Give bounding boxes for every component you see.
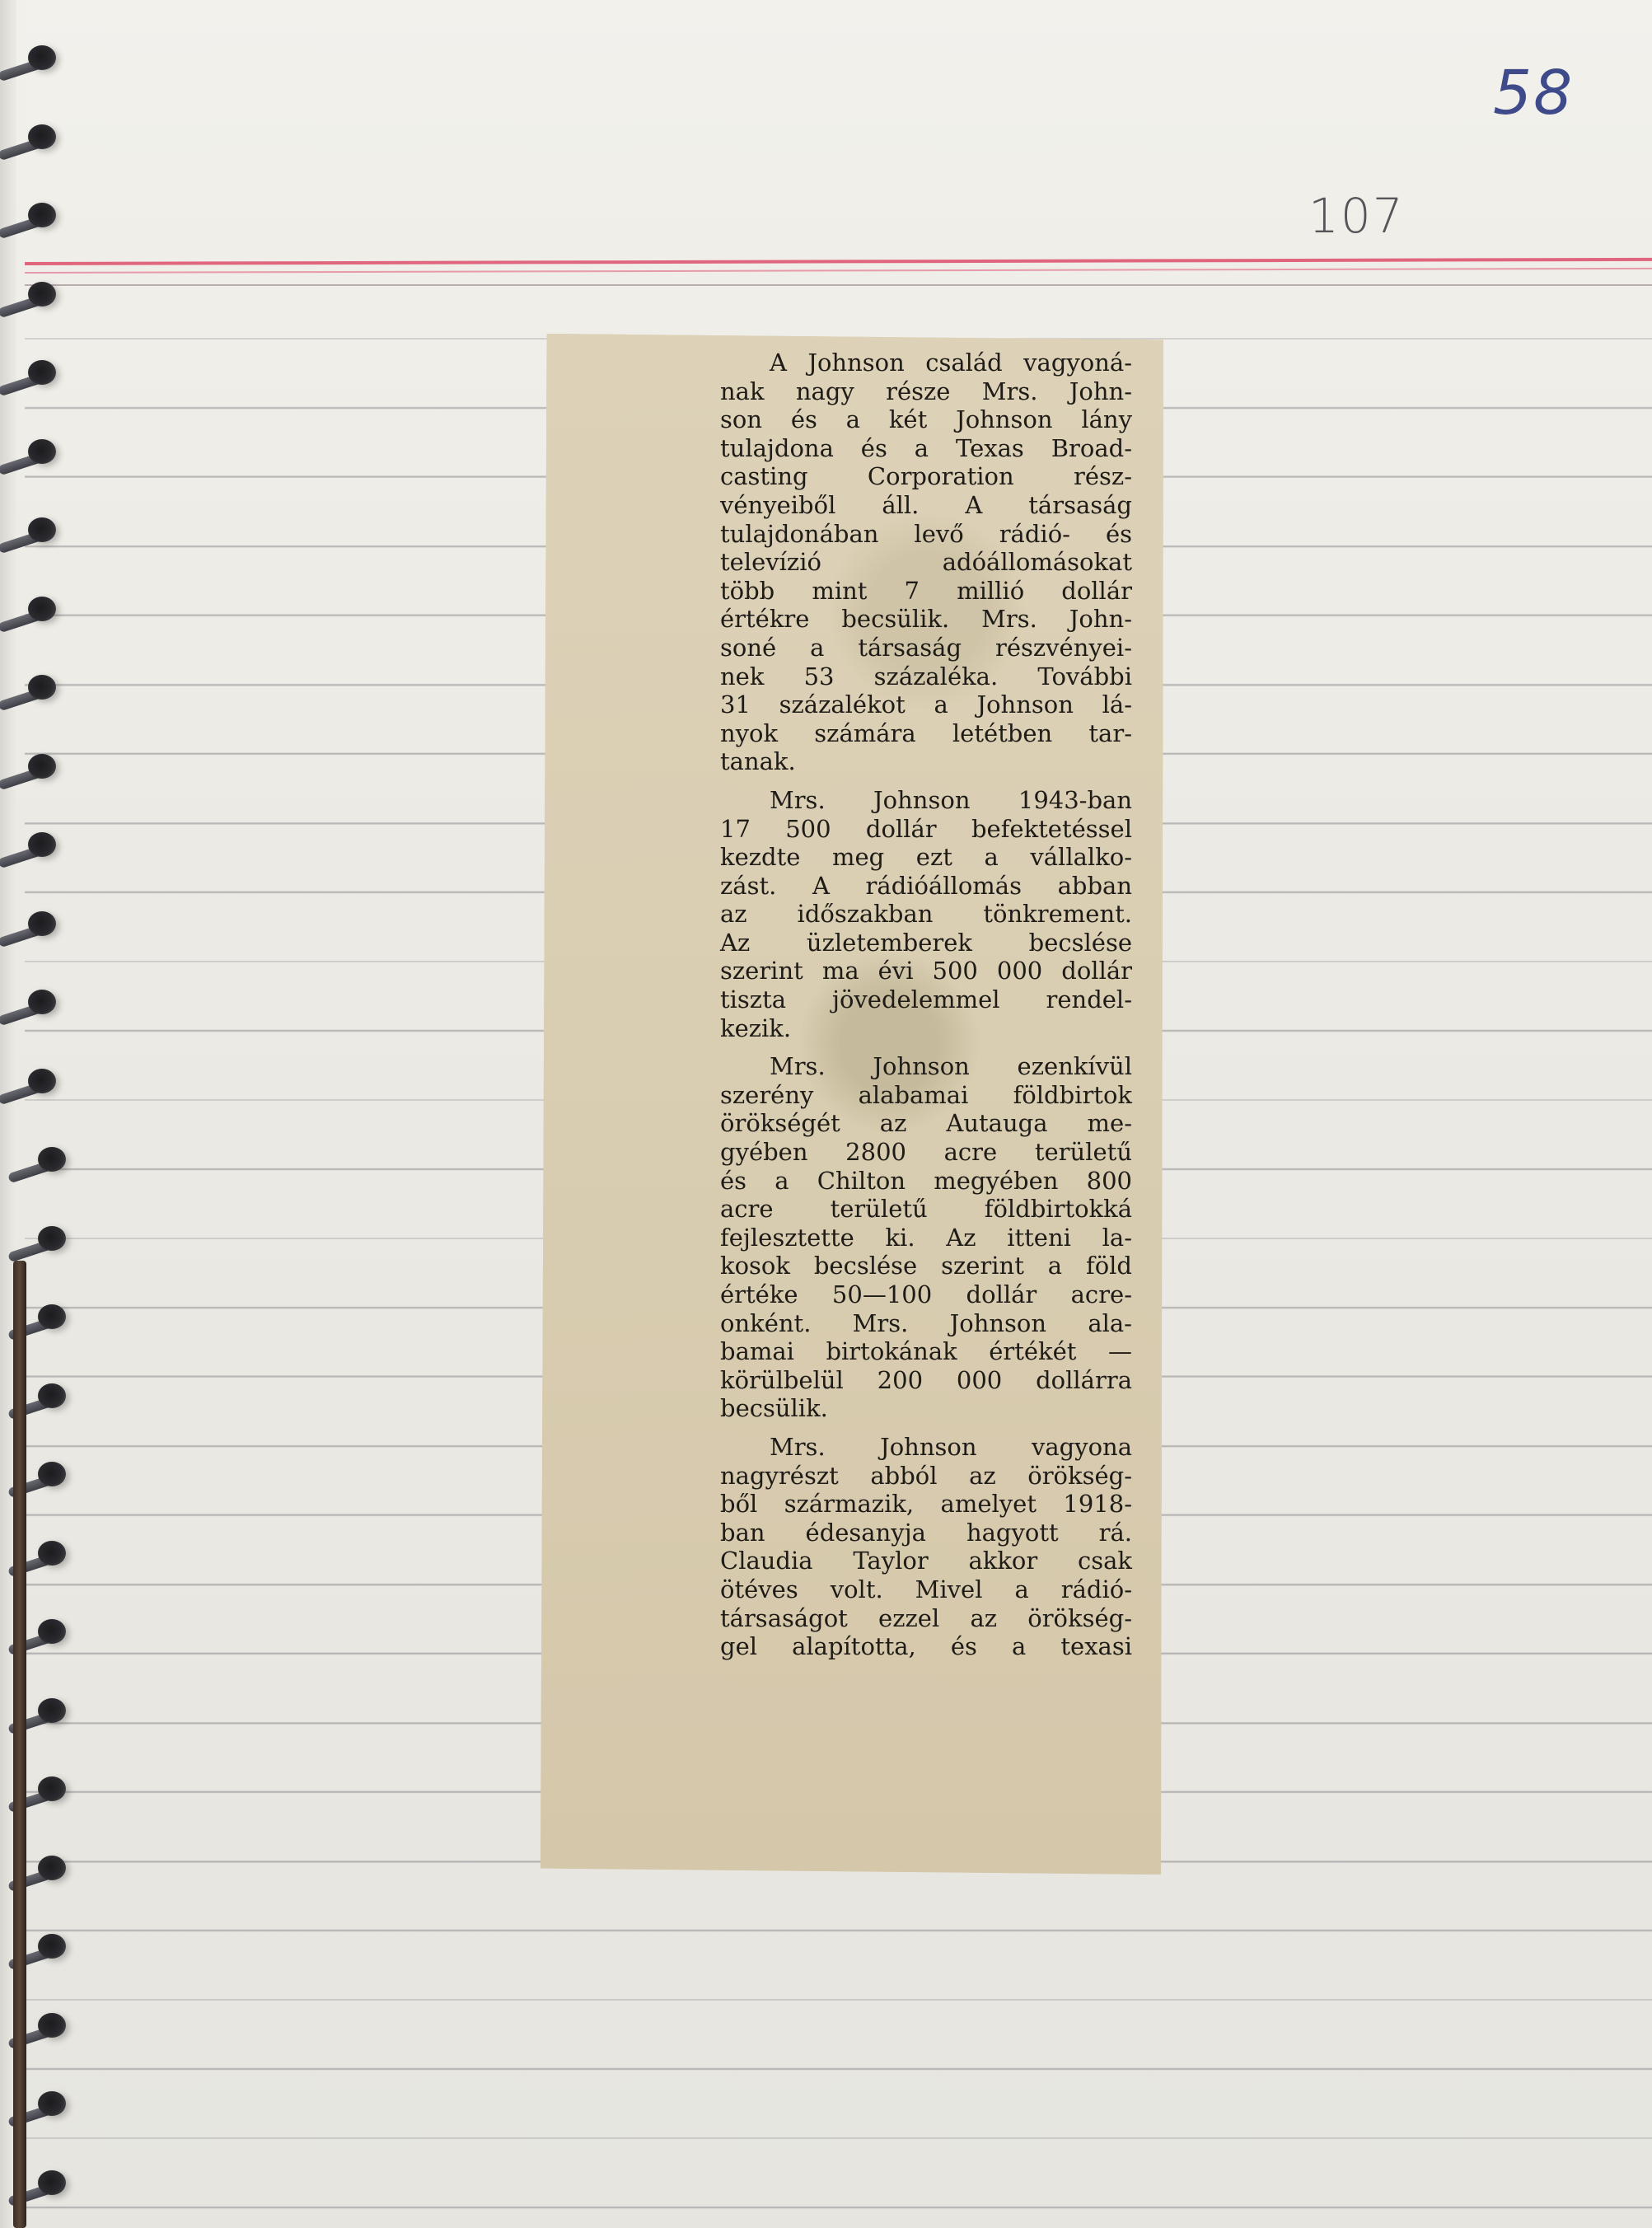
spiral-ring — [0, 517, 54, 545]
article-text: A Johnson család vagyoná-nak nagy része … — [720, 349, 1132, 1671]
spiral-ring — [0, 203, 54, 231]
article-line: kezdte meg ezt a vállalko- — [720, 843, 1132, 872]
punch-hole — [38, 1856, 66, 1880]
article-line: az időszakban tönkrement. — [720, 900, 1132, 929]
notebook-page: 58 107 A Johnson család vagyoná-nak nagy… — [0, 0, 1652, 2228]
article-line: nagyrészt abból az örökség- — [720, 1462, 1132, 1491]
page-header-zone — [25, 0, 1652, 272]
binding-rod — [13, 1261, 26, 2228]
article-line: nek 53 százaléka. További — [720, 662, 1132, 691]
spiral-ring — [0, 675, 54, 703]
article-line: tulajdonában levő rádió- és — [720, 520, 1132, 549]
article-line: Mrs. Johnson 1943-ban — [720, 786, 1132, 815]
article-line: fejlesztette ki. Az itteni la- — [720, 1224, 1132, 1252]
article-line: kosok becslése szerint a föld — [720, 1252, 1132, 1280]
article-line: soné a társaság részvényei- — [720, 634, 1132, 662]
article-line: zást. A rádióállomás abban — [720, 872, 1132, 901]
article-line: Claudia Taylor akkor csak — [720, 1547, 1132, 1575]
punch-hole — [28, 754, 56, 779]
corner-number-handwritten: 58 — [1493, 58, 1574, 129]
article-line: örökségét az Autauga me- — [720, 1109, 1132, 1138]
article-line: társaságot ezzel az örökség- — [720, 1604, 1132, 1633]
punch-hole — [28, 990, 56, 1014]
punch-hole — [38, 1698, 66, 1723]
article-line: nyok számára letétben tar- — [720, 719, 1132, 748]
punch-hole — [38, 1541, 66, 1566]
spiral-ring — [0, 597, 54, 625]
punch-hole — [28, 203, 56, 227]
article-paragraph: Mrs. Johnson vagyonanagyrészt abból az ö… — [720, 1433, 1132, 1661]
punch-hole — [28, 124, 56, 149]
punch-hole — [38, 1776, 66, 1801]
article-line: ből származik, amelyet 1918- — [720, 1490, 1132, 1519]
article-paragraph: Mrs. Johnson ezenkívülszerény alabamai f… — [720, 1052, 1132, 1423]
punch-hole — [38, 1934, 66, 1959]
punch-hole — [38, 1147, 66, 1172]
article-paragraph: Mrs. Johnson 1943-ban17 500 dollár befek… — [720, 786, 1132, 1042]
punch-hole — [38, 1304, 66, 1329]
spiral-ring — [0, 124, 54, 152]
article-line: körülbelül 200 000 dollárra — [720, 1366, 1132, 1395]
article-line: casting Corporation rész- — [720, 462, 1132, 491]
spiral-ring — [0, 832, 54, 860]
spiral-ring — [0, 1069, 54, 1097]
punch-hole — [28, 439, 56, 464]
punch-hole — [38, 2091, 66, 2116]
article-line: ban édesanyja hagyott rá. — [720, 1519, 1132, 1547]
article-line: gel alapította, és a texasi — [720, 1632, 1132, 1661]
punch-hole — [38, 1226, 66, 1251]
punch-hole — [28, 832, 56, 857]
spiral-ring — [7, 1147, 64, 1175]
spiral-ring — [0, 439, 54, 467]
punch-hole — [28, 597, 56, 621]
spiral-ring — [0, 754, 54, 782]
punch-hole — [28, 911, 56, 936]
article-line: tiszta jövedelemmel rendel- — [720, 985, 1132, 1014]
article-line: több mint 7 millió dollár — [720, 577, 1132, 606]
article-line: gyében 2800 acre területű — [720, 1138, 1132, 1167]
article-line: son és a két Johnson lány — [720, 405, 1132, 434]
article-line: acre területű földbirtokká — [720, 1195, 1132, 1224]
article-line: értékre becsülik. Mrs. John- — [720, 605, 1132, 634]
spiral-ring — [0, 990, 54, 1018]
article-line: szerény alabamai földbirtok — [720, 1081, 1132, 1110]
punch-hole — [38, 2170, 66, 2195]
punch-hole — [38, 1462, 66, 1486]
article-line: vényeiből áll. A társaság — [720, 491, 1132, 520]
article-line: bamai birtokának értékét — — [720, 1337, 1132, 1366]
article-line: 31 százalékot a Johnson lá- — [720, 690, 1132, 719]
article-line: tanak. — [720, 747, 1132, 776]
punch-hole — [28, 282, 56, 307]
article-line: televízió adóállomásokat — [720, 548, 1132, 577]
article-line: becsülik. — [720, 1394, 1132, 1423]
punch-hole — [38, 2013, 66, 2038]
article-line: onként. Mrs. Johnson ala- — [720, 1309, 1132, 1338]
spiral-ring — [0, 282, 54, 310]
punch-hole — [38, 1619, 66, 1644]
article-line: A Johnson család vagyoná- — [720, 349, 1132, 377]
spiral-ring — [0, 45, 54, 73]
punch-hole — [28, 360, 56, 385]
article-line: tulajdona és a Texas Broad- — [720, 434, 1132, 463]
article-line: Mrs. Johnson ezenkívül — [720, 1052, 1132, 1081]
spiral-ring — [7, 1226, 64, 1254]
spiral-ring — [0, 360, 54, 388]
article-paragraph: A Johnson család vagyoná-nak nagy része … — [720, 349, 1132, 776]
article-line: 17 500 dollár befektetéssel — [720, 815, 1132, 844]
newspaper-clipping: A Johnson család vagyoná-nak nagy része … — [541, 334, 1163, 1875]
page-number-handwritten: 107 — [1308, 188, 1405, 244]
article-line: szerint ma évi 500 000 dollár — [720, 957, 1132, 985]
punch-hole — [28, 517, 56, 542]
punch-hole — [28, 1069, 56, 1093]
article-line: értéke 50—100 dollár acre- — [720, 1280, 1132, 1309]
article-line: nak nagy része Mrs. John- — [720, 377, 1132, 406]
spiral-ring — [0, 911, 54, 939]
article-line: Az üzletemberek becslése — [720, 929, 1132, 957]
article-line: ötéves volt. Mivel a rádió- — [720, 1575, 1132, 1604]
punch-hole — [28, 45, 56, 70]
article-line: Mrs. Johnson vagyona — [720, 1433, 1132, 1462]
punch-hole — [38, 1383, 66, 1408]
header-rule-line — [25, 284, 1652, 286]
article-line: kezik. — [720, 1014, 1132, 1043]
punch-hole — [28, 675, 56, 700]
article-line: és a Chilton megyében 800 — [720, 1167, 1132, 1196]
